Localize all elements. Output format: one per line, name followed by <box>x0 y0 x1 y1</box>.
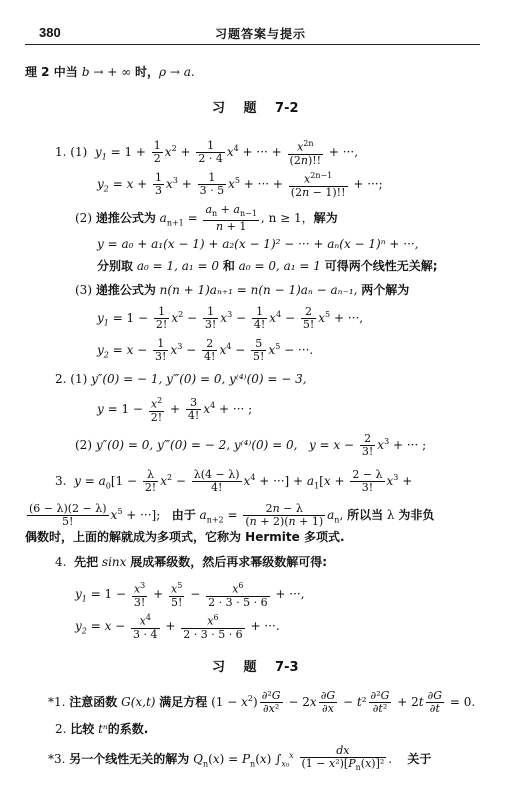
equation-line: y2 = x − 13!x3 − 24!x4 − 55!x5 − ···. <box>97 338 313 363</box>
equation-line: y1 = 1 − x33! + x55! − x62 · 3 · 5 · 6 +… <box>75 580 305 609</box>
equation-line: 2. (1) y″(0) = − 1, y‴(0) = 0, y⁽⁴⁾(0) =… <box>55 372 307 386</box>
text-line: 分别取 a₀ = 1, a₁ = 0 和 a₀ = 0, a₁ = 1 可得两个… <box>97 259 438 273</box>
intro-line: 理 2 中当 b → + ∞ 时，ρ → a. <box>25 65 195 79</box>
equation-line: *3. 另一个线性无关的解为 Qn(x) = Pn(x) ∫x₀x dx(1 −… <box>48 745 431 774</box>
text-line: 2. 比较 tⁿ的系数. <box>55 722 148 736</box>
equation-line: y = 1 − x22! + 34!x4 + ··· ; <box>97 395 252 424</box>
document-page: 380 习题答案与提示 理 2 中当 b → + ∞ 时，ρ → a. 习 题 … <box>0 0 511 785</box>
equation-line: 3. y = a0[1 − λ2!x2 − λ(4 − λ)4!x4 + ···… <box>55 469 412 494</box>
equation-line: (2) 递推公式为 an+1 = an + an−1n + 1, n ≥ 1，解… <box>75 204 338 233</box>
text-line: (3) 递推公式为 n(n + 1)aₙ₊₁ = n(n − 1)aₙ − aₙ… <box>75 283 409 297</box>
equation-line: y2 = x − x43 · 4 + x62 · 3 · 5 · 6 + ···… <box>75 612 280 641</box>
equation-line: *1. 注意函数 G(x,t) 满足方程 (1 − x2)∂²G∂x² − 2x… <box>48 690 475 715</box>
text-line: 偶数时，上面的解就成为多项式，它称为 Hermite 多项式. <box>25 530 345 544</box>
equation-line: (2) y″(0) = 0, y‴(0) = − 2, y⁽⁴⁾(0) = 0,… <box>75 433 426 458</box>
running-title: 习题答案与提示 <box>215 25 306 42</box>
section-title-7-2: 习 题 7-2 <box>212 97 299 116</box>
section-title-7-3: 习 题 7-3 <box>212 656 299 675</box>
text-line: 4. 先把 sinx 展成幂级数，然后再求幂级数解可得: <box>55 555 327 569</box>
page-header: 380 习题答案与提示 <box>25 22 480 45</box>
equation-line: 1. (1) y1 = 1 + 12x2 + 12 · 4x4 + ··· + … <box>55 138 358 167</box>
equation-line: (6 − λ)(2 − λ)5!x5 + ···]; 由于 an+2 = 2n … <box>25 503 434 528</box>
equation-line: y1 = 1 − 12!x2 − 13!x3 − 14!x4 − 25!x5 +… <box>97 306 363 331</box>
equation-line: y2 = x + 13x3 + 13 · 5x5 + ··· + x2n−1(2… <box>97 170 383 199</box>
equation-line: y = a₀ + a₁(x − 1) + a₂(x − 1)² − ··· + … <box>97 237 419 251</box>
page-number: 380 <box>39 25 61 40</box>
